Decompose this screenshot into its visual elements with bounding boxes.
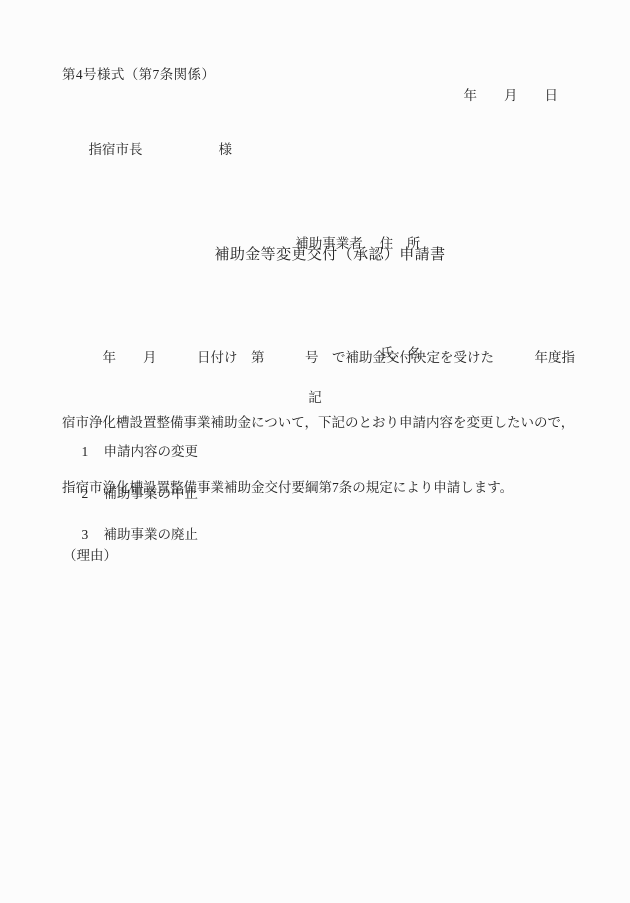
document-title: 補助金等変更交付（承認）申請書 [0, 243, 630, 264]
addressee-honorific: 様 [219, 142, 233, 157]
section-marker: 記 [0, 386, 630, 406]
addressee-line: 指宿市長様 [75, 122, 232, 174]
item-number: 2 [82, 486, 89, 502]
item-label: 補助事業の廃止 [104, 527, 199, 542]
addressee-name: 指宿市長 [89, 142, 143, 157]
item-number: 3 [82, 527, 89, 543]
application-form-page: 第4号様式（第7条関係） 年 月 日 指宿市長様 補助事業者住 所 氏 名 補助… [0, 0, 630, 903]
item-number: 1 [82, 444, 89, 460]
date-line: 年 月 日 [464, 84, 559, 104]
form-number: 第4号様式（第7条関係） [62, 63, 215, 83]
body-line-1: 年 月 日付け 第 号 で補助金交付決定を受けた 年度指 [62, 347, 575, 369]
item-label: 申請内容の変更 [104, 444, 199, 459]
item-label: 補助事業の中止 [104, 486, 199, 501]
reason-label: （理由） [63, 544, 117, 564]
